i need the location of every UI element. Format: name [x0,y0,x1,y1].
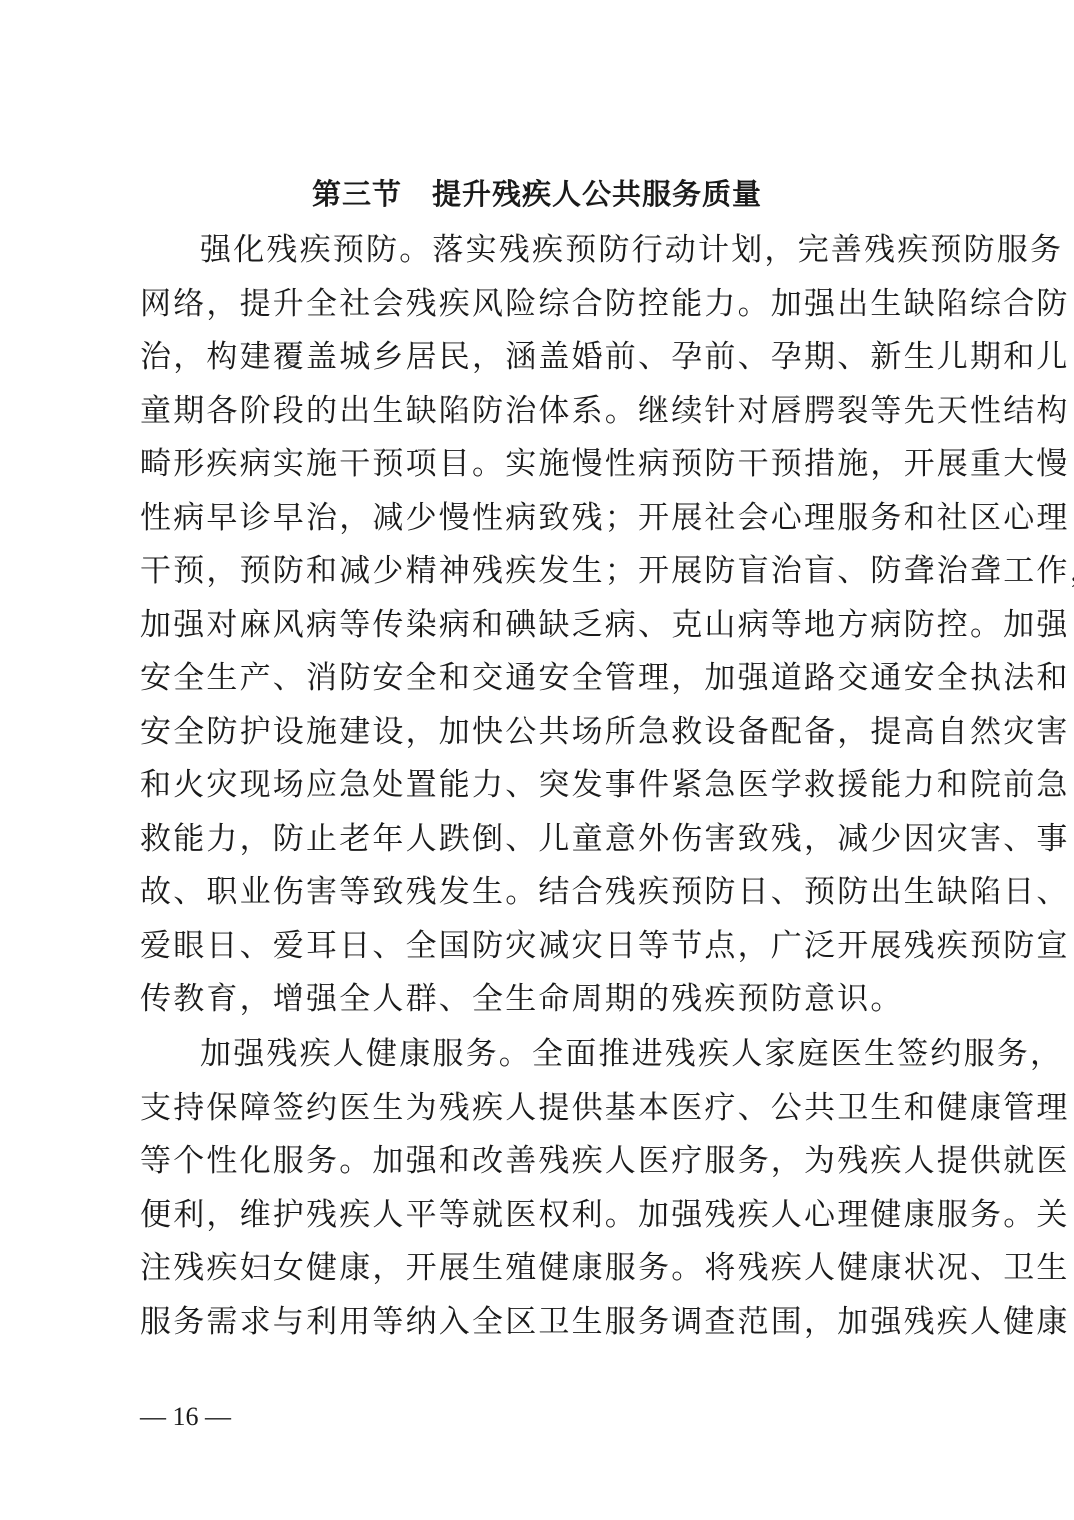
paragraph-1-line: 干预，预防和减少精神残疾发生；开展防盲治盲、防聋治聋工作， [140,551,940,591]
paragraph-1-line: 安全防护设施建设，加快公共场所急救设备配备，提高自然灾害 [140,712,940,752]
paragraph-2-line: 便利，维护残疾人平等就医权利。加强残疾人心理健康服务。关 [140,1195,940,1235]
paragraph-1-line: 爱眼日、爱耳日、全国防灾减灾日等节点，广泛开展残疾预防宣 [140,926,940,966]
paragraph-1-line: 故、职业伤害等致残发生。结合残疾预防日、预防出生缺陷日、 [140,872,940,912]
paragraph-2-line: 注残疾妇女健康，开展生殖健康服务。将残疾人健康状况、卫生 [140,1248,940,1288]
paragraph-2-line: 服务需求与利用等纳入全区卫生服务调查范围，加强残疾人健康 [140,1302,940,1342]
paragraph-2-line: 加强残疾人健康服务。全面推进残疾人家庭医生签约服务， [200,1034,940,1074]
paragraph-1-line: 性病早诊早治，减少慢性病致残；开展社会心理服务和社区心理 [140,498,940,538]
paragraph-1-line: 加强对麻风病等传染病和碘缺乏病、克山病等地方病防控。加强 [140,605,940,645]
document-page: 第三节提升残疾人公共服务质量 强化残疾预防。落实残疾预防行动计划，完善残疾预防服… [0,0,1074,1520]
paragraph-1-line: 和火灾现场应急处置能力、突发事件紧急医学救援能力和院前急 [140,765,940,805]
paragraph-2-line: 等个性化服务。加强和改善残疾人医疗服务，为残疾人提供就医 [140,1141,940,1181]
paragraph-1-line: 治，构建覆盖城乡居民，涵盖婚前、孕前、孕期、新生儿期和儿 [140,337,940,377]
paragraph-1-line: 传教育，增强全人群、全生命周期的残疾预防意识。 [140,979,940,1019]
section-number: 第三节 [312,177,402,211]
paragraph-2-line: 支持保障签约医生为残疾人提供基本医疗、公共卫生和健康管理 [140,1088,940,1128]
paragraph-1-line: 畸形疾病实施干预项目。实施慢性病预防干预措施，开展重大慢 [140,444,940,484]
section-heading-text: 提升残疾人公共服务质量 [432,177,762,211]
paragraph-1-line: 强化残疾预防。落实残疾预防行动计划，完善残疾预防服务 [200,230,940,270]
page-number: — 16 — [140,1400,231,1434]
paragraph-1-line: 童期各阶段的出生缺陷防治体系。继续针对唇腭裂等先天性结构 [140,391,940,431]
paragraph-1-line: 网络，提升全社会残疾风险综合防控能力。加强出生缺陷综合防 [140,284,940,324]
section-title: 第三节提升残疾人公共服务质量 [0,174,1074,214]
paragraph-1-line: 救能力，防止老年人跌倒、儿童意外伤害致残，减少因灾害、事 [140,819,940,859]
paragraph-1-line: 安全生产、消防安全和交通安全管理，加强道路交通安全执法和 [140,658,940,698]
